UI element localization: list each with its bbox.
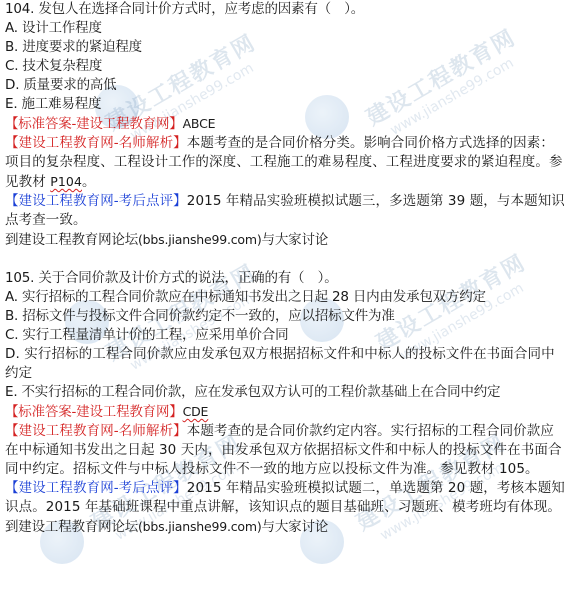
spacer [5, 250, 567, 269]
option-c: C. 技术复杂程度 [5, 57, 567, 76]
forum-line: 到建设工程教育网论坛(bbs.jianshe99.com)与大家讨论 [5, 230, 567, 250]
answer-value: CDE [183, 404, 209, 419]
option-d: D. 质量要求的高低 [5, 76, 567, 95]
question-stem: 104. 发包人在选择合同计价方式时，应考虑的因素有（ ）。 [5, 0, 567, 19]
analysis-paragraph: 【建设工程教育网-名师解析】本题考查的是合同价格分类。影响合同价格方式选择的因素… [5, 134, 567, 192]
review-label: 【建设工程教育网-考后点评】 [5, 193, 187, 209]
option-c: C. 实行工程量清单计价的工程，应采用单价合同 [5, 326, 567, 345]
option-e: E. 不实行招标的工程合同价款，应在发承包双方认可的工程价款基础上在合同中约定 [5, 383, 567, 402]
textbook-ref: P104 [50, 174, 82, 189]
question-104: 104. 发包人在选择合同计价方式时，应考虑的因素有（ ）。 A. 设计工作程度… [5, 0, 567, 250]
answer-line: 【标准答案-建设工程教育网】ABCE [5, 114, 567, 134]
option-b: B. 招标文件与投标文件合同价款约定不一致的，应以招标文件为准 [5, 307, 567, 326]
option-a: A. 实行招标的工程合同价款应在中标通知书发出之日起 28 日内由发承包双方约定 [5, 288, 567, 307]
document-body: 104. 发包人在选择合同计价方式时，应考虑的因素有（ ）。 A. 设计工作程度… [5, 0, 567, 537]
analysis-label: 【建设工程教育网-名师解析】 [5, 135, 187, 151]
forum-prefix: 到建设工程教育网论坛 [5, 232, 138, 248]
question-stem: 105. 关于合同价款及计价方式的说法，正确的有（ ）。 [5, 269, 567, 288]
forum-prefix: 到建设工程教育网论坛 [5, 519, 138, 535]
answer-line: 【标准答案-建设工程教育网】CDE [5, 402, 567, 422]
analysis-end: 。 [82, 174, 96, 190]
option-e: E. 施工难易程度 [5, 95, 567, 114]
review-label: 【建设工程教育网-考后点评】 [5, 480, 187, 496]
answer-label: 【标准答案-建设工程教育网】 [5, 116, 183, 132]
review-paragraph: 【建设工程教育网-考后点评】2015 年精品实验班模拟试题三，多选题第 39 题… [5, 192, 567, 230]
option-d: D. 实行招标的工程合同价款应由发承包双方根据招标文件和中标人的投标文件在书面合… [5, 345, 567, 383]
option-a: A. 设计工作程度 [5, 19, 567, 38]
answer-label: 【标准答案-建设工程教育网】 [5, 404, 183, 420]
analysis-paragraph: 【建设工程教育网-名师解析】本题考查的是合同价款约定内容。实行招标的工程合同价款… [5, 422, 567, 479]
question-105: 105. 关于合同价款及计价方式的说法，正确的有（ ）。 A. 实行招标的工程合… [5, 269, 567, 537]
analysis-label: 【建设工程教育网-名师解析】 [5, 423, 187, 439]
review-paragraph: 【建设工程教育网-考后点评】2015 年精品实验班模拟试题二，单选题第 20 题… [5, 479, 567, 517]
forum-suffix: 与大家讨论 [262, 519, 329, 535]
forum-link[interactable]: (bbs.jianshe99.com) [138, 232, 262, 247]
forum-link[interactable]: (bbs.jianshe99.com) [138, 519, 262, 534]
forum-suffix: 与大家讨论 [262, 232, 329, 248]
answer-value: ABCE [183, 116, 216, 131]
forum-line: 到建设工程教育网论坛(bbs.jianshe99.com)与大家讨论 [5, 517, 567, 537]
option-b: B. 进度要求的紧迫程度 [5, 38, 567, 57]
